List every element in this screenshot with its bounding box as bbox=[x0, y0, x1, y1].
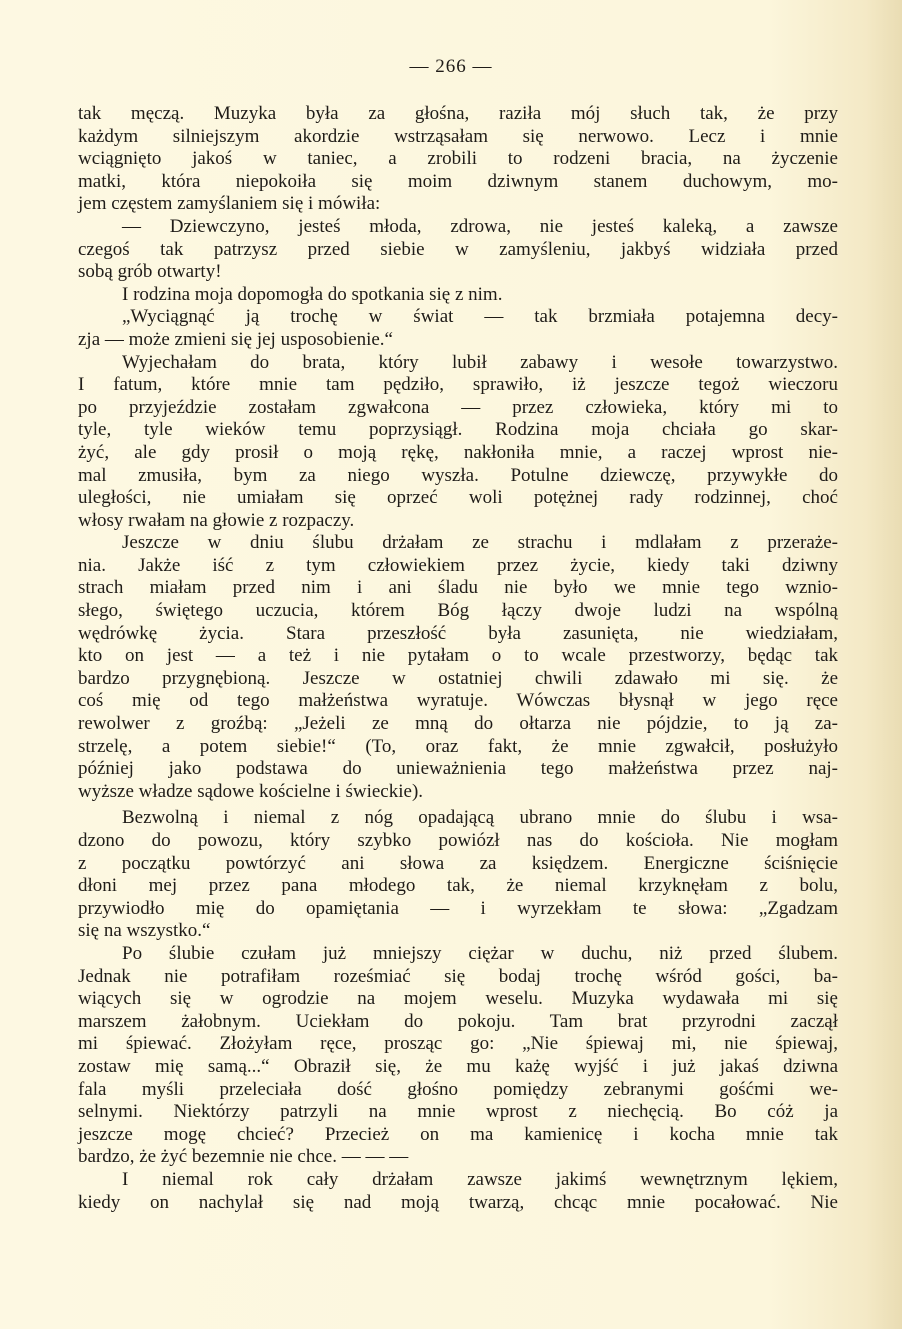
text-line: włosy rwałam na głowie z rozpaczy. bbox=[78, 510, 838, 533]
text-line: później jako podstawa do unieważnienia t… bbox=[78, 758, 838, 781]
text-line: selnymi. Niektórzy patrzyli na mnie wpro… bbox=[78, 1101, 838, 1124]
text-line: się na wszystko.“ bbox=[78, 920, 838, 943]
text-line: kiedy on nachylał się nad moją twarzą, c… bbox=[78, 1192, 838, 1215]
text-line: przywiodło mię do opamiętania — i wyrzek… bbox=[78, 898, 838, 921]
text-line: słego, świętego uczucia, którem Bóg łącz… bbox=[78, 600, 838, 623]
text-line: zostaw mię samą...“ Obraził się, że mu k… bbox=[78, 1056, 838, 1079]
text-line: rewolwer z groźbą: „Jeżeli ze mną do ołt… bbox=[78, 713, 838, 736]
text-line: tyle, tyle wieków temu poprzysiągł. Rodz… bbox=[78, 419, 838, 442]
text-line: I fatum, które mnie tam pędziło, sprawił… bbox=[78, 374, 838, 397]
text-line: Wyjechałam do brata, który lubił zabawy … bbox=[78, 352, 838, 375]
text-line: żyć, ale gdy prosił o moją rękę, nakłoni… bbox=[78, 442, 838, 465]
text-line: zja — może zmieni się jej usposobienie.“ bbox=[78, 329, 838, 352]
text-line: wyższe władze sądowe kościelne i świecki… bbox=[78, 781, 838, 804]
text-line: po przyjeździe zostałam zgwałcona — prze… bbox=[78, 397, 838, 420]
text-line: jeszcze mogę chcieć? Przecież on ma kami… bbox=[78, 1124, 838, 1147]
text-line: „Wyciągnąć ją trochę w świat — tak brzmi… bbox=[78, 306, 838, 329]
text-line: każdym silniejszym akordzie wstrząsałam … bbox=[78, 126, 838, 149]
text-line: bardzo przygnębioną. Jeszcze w ostatniej… bbox=[78, 668, 838, 691]
text-line: czegoś tak patrzysz przed siebie w zamyś… bbox=[78, 239, 838, 262]
text-line: dzono do powozu, który szybko powiózł na… bbox=[78, 830, 838, 853]
text-line: jem częstem zamyślaniem się i mówiła: bbox=[78, 193, 838, 216]
text-line: kto on jest — a też i nie pytałam o to w… bbox=[78, 645, 838, 668]
text-line: Po ślubie czułam już mniejszy ciężar w d… bbox=[78, 943, 838, 966]
text-line: coś mię od tego małżeństwa wyratuje. Wów… bbox=[78, 690, 838, 713]
text-line: Jeszcze w dniu ślubu drżałam ze strachu … bbox=[78, 532, 838, 555]
text-line: — Dziewczyno, jesteś młoda, zdrowa, nie … bbox=[78, 216, 838, 239]
text-line: strach miałam przed nim i ani śladu nie … bbox=[78, 577, 838, 600]
text-line: Jednak nie potrafiłam roześmiać się boda… bbox=[78, 966, 838, 989]
body-text: tak męczą. Muzyka była za głośna, raziła… bbox=[78, 103, 838, 1214]
text-line: Bezwolną i niemal z nóg opadającą ubrano… bbox=[78, 807, 838, 830]
text-line: bardzo, że żyć bezemnie nie chce. — — — bbox=[78, 1146, 838, 1169]
text-line: uległości, nie umiałam się oprzeć woli p… bbox=[78, 487, 838, 510]
text-line: dłoni mej przez pana młodego tak, że nie… bbox=[78, 875, 838, 898]
text-line: marszem żałobnym. Uciekłam do pokoju. Ta… bbox=[78, 1011, 838, 1034]
text-line: fala myśli przeleciała dość głośno pomię… bbox=[78, 1079, 838, 1102]
text-line: strzelę, a potem siebie!“ (To, oraz fakt… bbox=[78, 736, 838, 759]
text-line: z początku powtórzyć ani słowa za księdz… bbox=[78, 853, 838, 876]
text-line: sobą grób otwarty! bbox=[78, 261, 838, 284]
text-line: wędrówkę życia. Stara przeszłość była za… bbox=[78, 623, 838, 646]
page-number: — 266 — bbox=[0, 56, 902, 78]
text-line: tak męczą. Muzyka była za głośna, raziła… bbox=[78, 103, 838, 126]
text-line: wiących się w ogrodzie na mojem weselu. … bbox=[78, 988, 838, 1011]
text-line: matki, która niepokoiła się moim dziwnym… bbox=[78, 171, 838, 194]
text-line: nia. Jakże iść z tym człowiekiem przez ż… bbox=[78, 555, 838, 578]
text-line: I niemal rok cały drżałam zawsze jakimś … bbox=[78, 1169, 838, 1192]
text-line: wciągnięto jakoś w taniec, a zrobili to … bbox=[78, 148, 838, 171]
text-line: I rodzina moja dopomogła do spotkania si… bbox=[78, 284, 838, 307]
text-line: mi śpiewać. Złożyłam ręce, prosząc go: „… bbox=[78, 1033, 838, 1056]
text-line: mal zmusiła, bym za niego wyszła. Potuln… bbox=[78, 465, 838, 488]
